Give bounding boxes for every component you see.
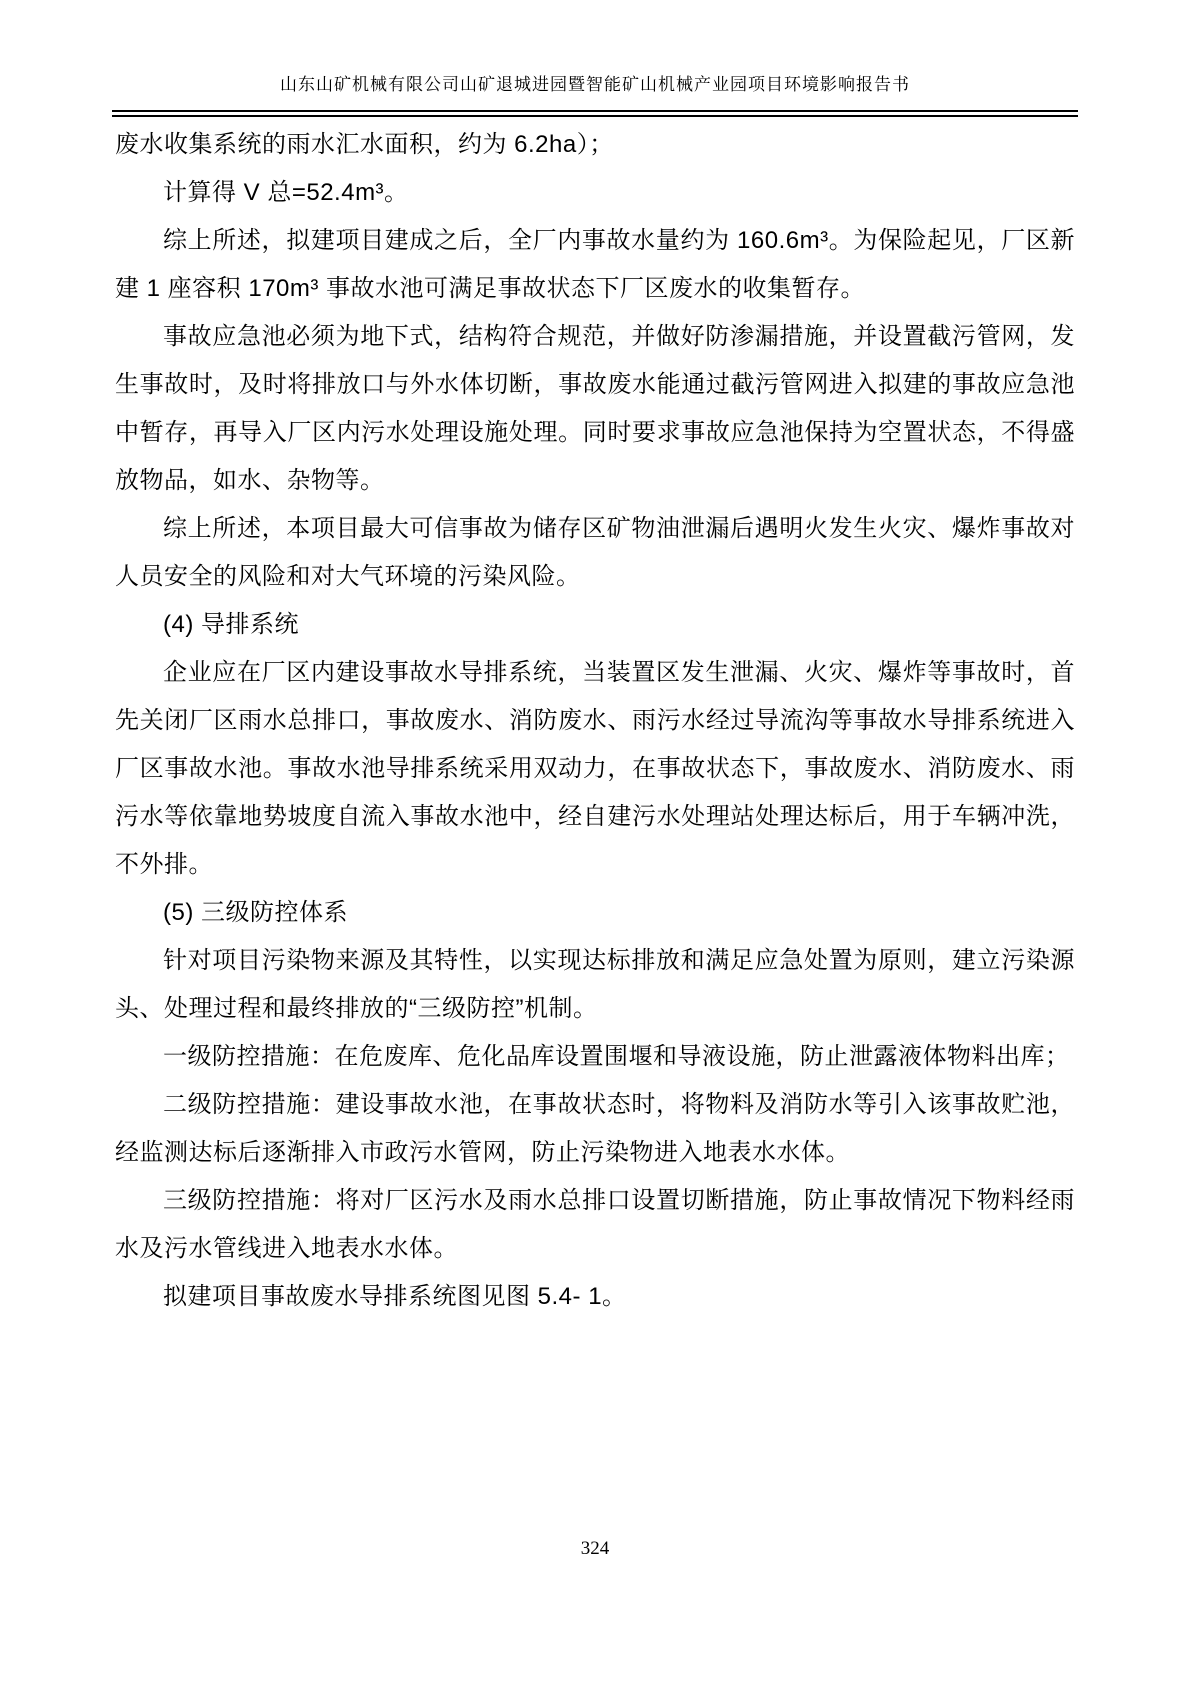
paragraph: 针对项目污染物来源及其特性，以实现达标排放和满足应急处置为原则，建立污染源头、处… bbox=[115, 937, 1075, 1033]
paragraph: 综上所述，本项目最大可信事故为储存区矿物油泄漏后遇明火发生火灾、爆炸事故对人员安… bbox=[115, 505, 1075, 601]
header-title: 山东山矿机械有限公司山矿退城进园暨智能矿山机械产业园项目环境影响报告书 bbox=[112, 74, 1078, 96]
list-heading: (4) 导排系统 bbox=[115, 601, 1075, 649]
page-number: 324 bbox=[581, 1538, 610, 1559]
header-double-rule bbox=[112, 110, 1078, 117]
document-body: 废水收集系统的雨水汇水面积，约为 6.2ha）； 计算得 V 总=52.4m³。… bbox=[0, 117, 1190, 1321]
paragraph: 计算得 V 总=52.4m³。 bbox=[115, 169, 1075, 217]
list-heading: (5) 三级防控体系 bbox=[115, 889, 1075, 937]
page-header: 山东山矿机械有限公司山矿退城进园暨智能矿山机械产业园项目环境影响报告书 bbox=[0, 0, 1190, 117]
paragraph: 企业应在厂区内建设事故水导排系统，当装置区发生泄漏、火灾、爆炸等事故时，首先关闭… bbox=[115, 649, 1075, 889]
paragraph: 综上所述，拟建项目建成之后，全厂内事故水量约为 160.6m³。为保险起见，厂区… bbox=[115, 217, 1075, 313]
paragraph: 三级防控措施：将对厂区污水及雨水总排口设置切断措施，防止事故情况下物料经雨水及污… bbox=[115, 1177, 1075, 1273]
paragraph: 废水收集系统的雨水汇水面积，约为 6.2ha）； bbox=[115, 121, 1075, 169]
paragraph: 事故应急池必须为地下式，结构符合规范，并做好防渗漏措施，并设置截污管网，发生事故… bbox=[115, 313, 1075, 505]
paragraph: 二级防控措施：建设事故水池，在事故状态时，将物料及消防水等引入该事故贮池，经监测… bbox=[115, 1081, 1075, 1177]
paragraph: 拟建项目事故废水导排系统图见图 5.4- 1。 bbox=[115, 1273, 1075, 1321]
page-footer: 324 bbox=[0, 1538, 1190, 1560]
document-page: 山东山矿机械有限公司山矿退城进园暨智能矿山机械产业园项目环境影响报告书 废水收集… bbox=[0, 0, 1190, 1683]
paragraph: 一级防控措施：在危废库、危化品库设置围堰和导液设施，防止泄露液体物料出库； bbox=[115, 1033, 1075, 1081]
